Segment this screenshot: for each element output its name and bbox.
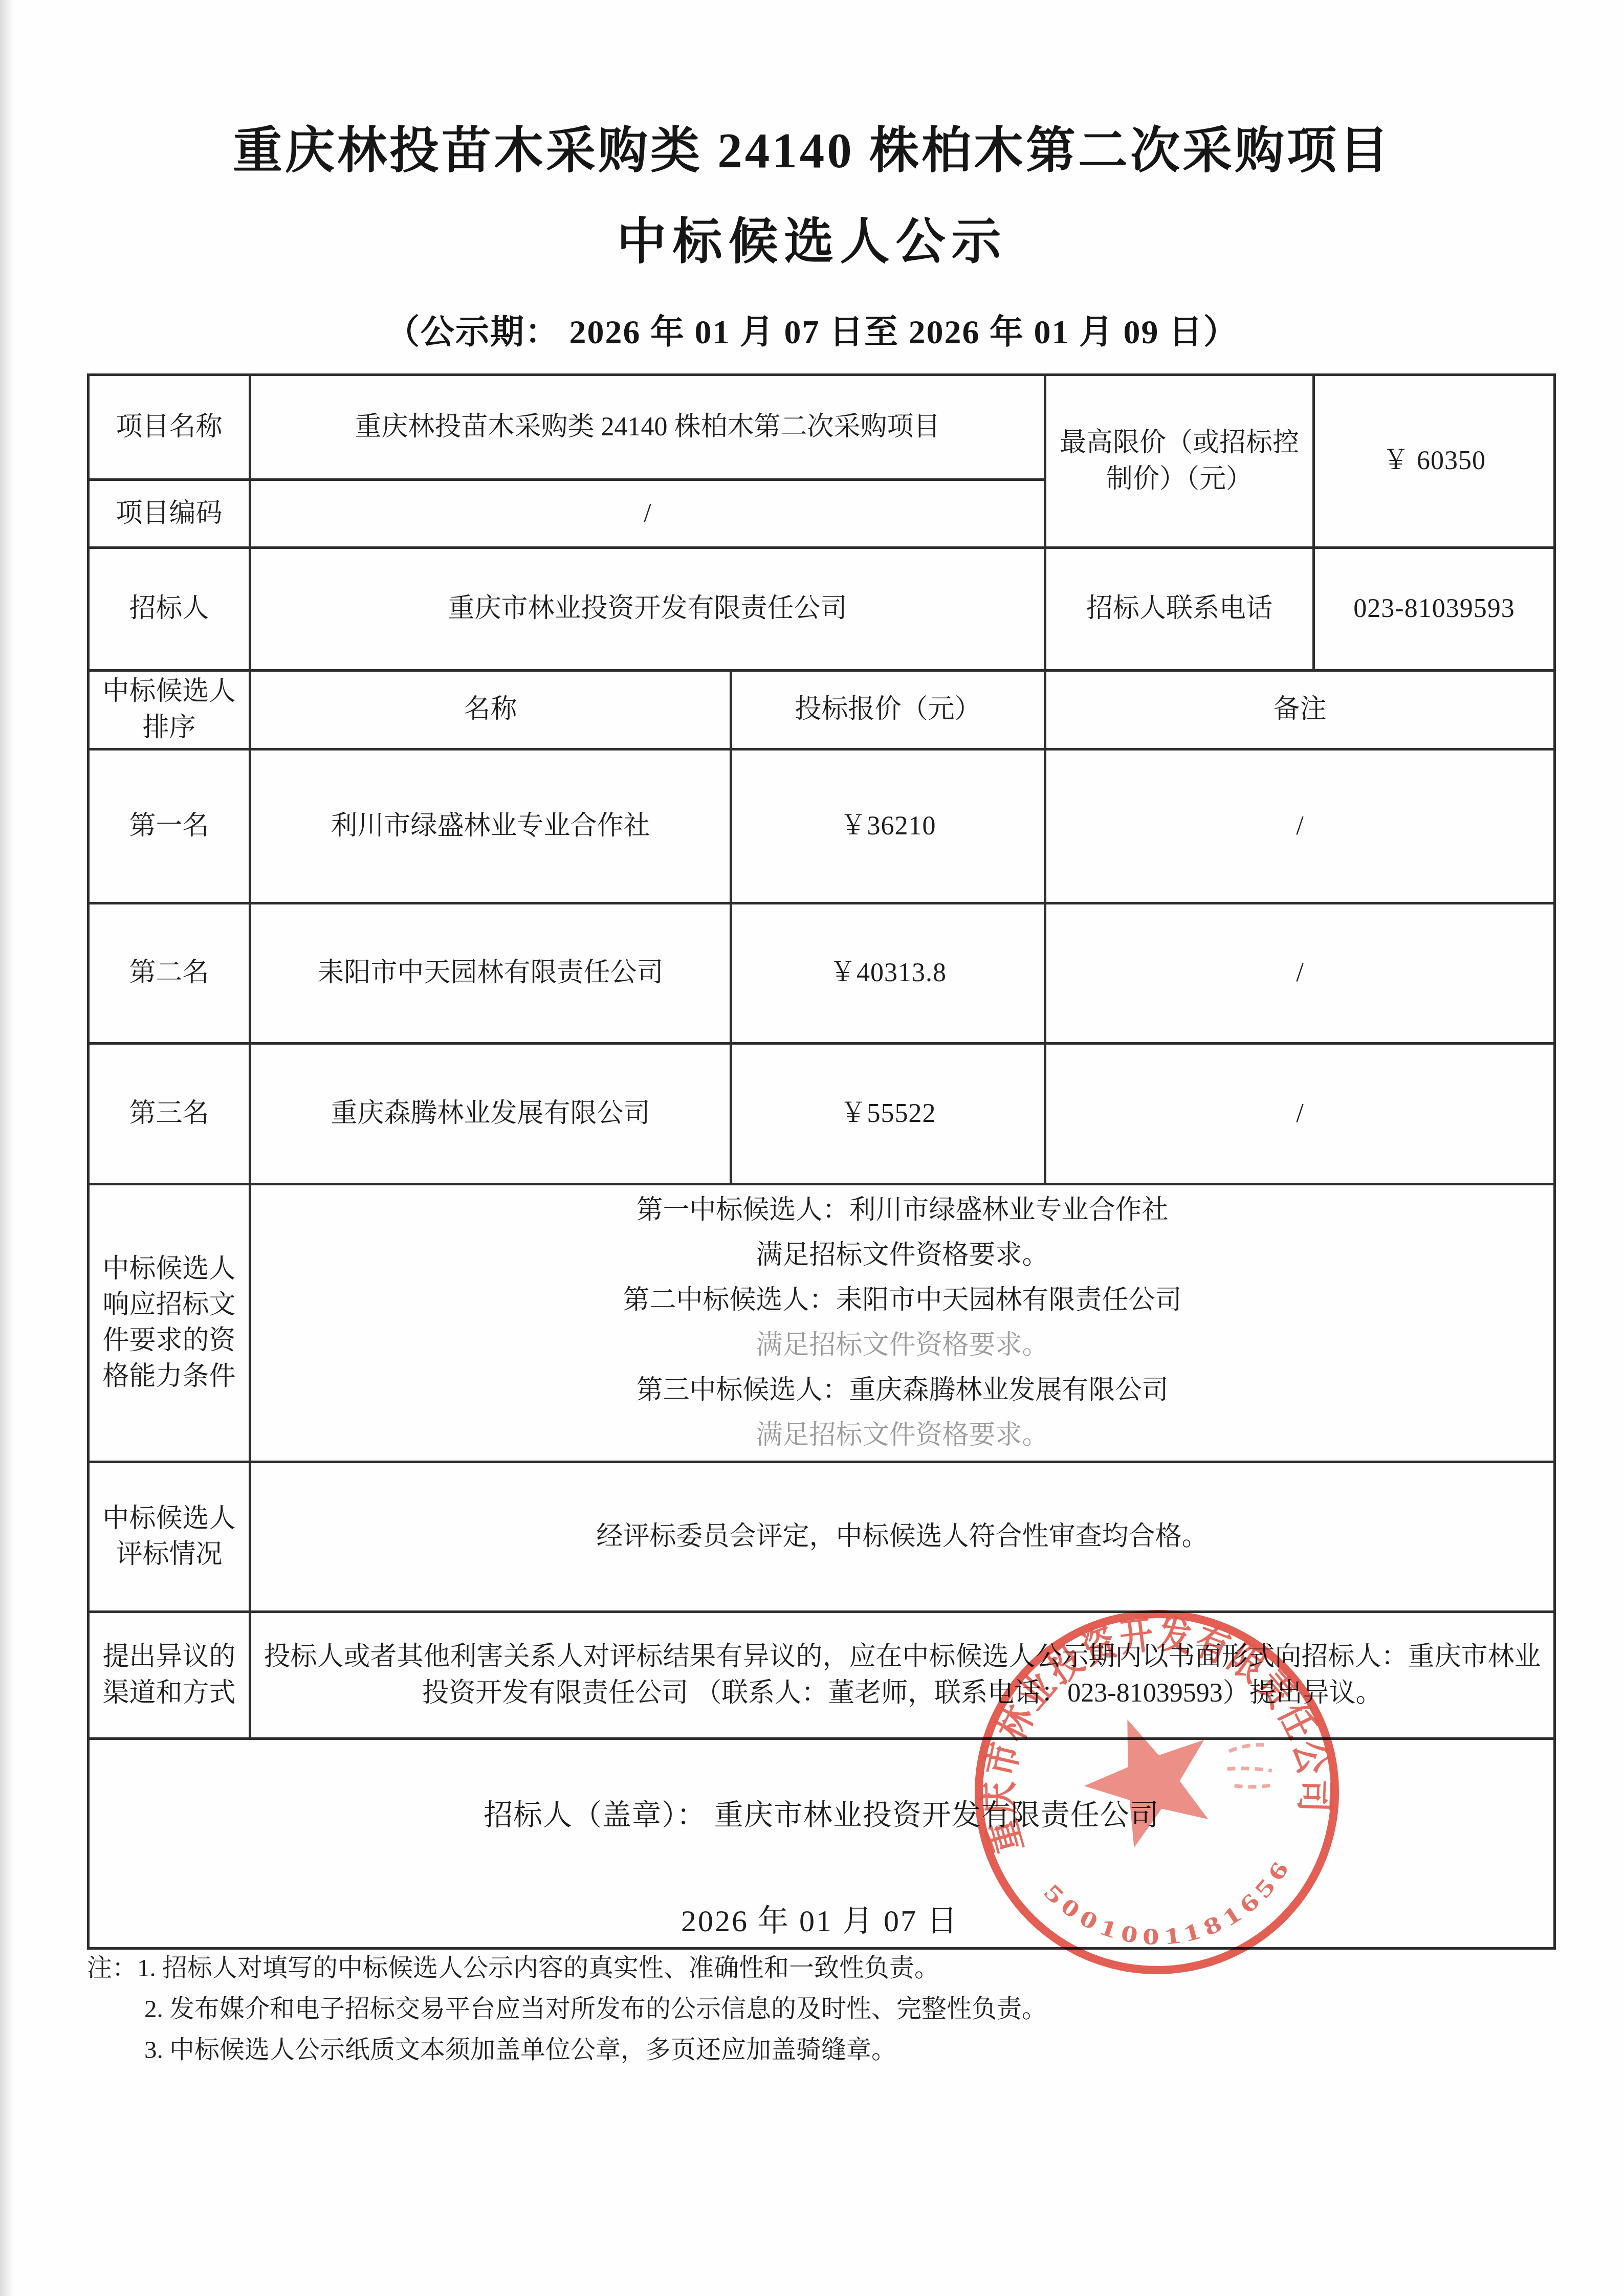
- price-column-header: 投标报价（元）: [731, 671, 1045, 749]
- evaluation-row: 中标候选人评标情况 经评标委员会评定，中标候选人符合性审查均合格。: [89, 1462, 1555, 1612]
- qualification-line: 第三中标候选人：重庆森腾林业发展有限公司: [261, 1368, 1543, 1413]
- tenderer-row: 招标人 重庆市林业投资开发有限责任公司 招标人联系电话 023-81039593: [89, 548, 1555, 671]
- qualification-line: 第二中标候选人：耒阳市中天园林有限责任公司: [261, 1278, 1543, 1323]
- bid-price-cell: ￥55522: [731, 1044, 1045, 1184]
- remark-cell: /: [1045, 903, 1555, 1044]
- rank-cell: 第三名: [89, 1044, 250, 1184]
- qualification-line: 满足招标文件资格要求。: [261, 1413, 1543, 1458]
- tenderer-label: 招标人: [89, 548, 250, 671]
- rank-column-header: 中标候选人排序: [89, 671, 250, 749]
- qualification-line: 第一中标候选人：利川市绿盛林业专业合作社: [261, 1188, 1543, 1233]
- announcement-table: 项目名称 重庆林投苗木采购类 24140 株柏木第二次采购项目 最高限价（或招标…: [87, 373, 1556, 1950]
- rank-cell: 第一名: [89, 749, 250, 903]
- table-row-first-candidate: 第一名 利川市绿盛林业专业合作社 ￥36210 /: [89, 749, 1555, 903]
- project-name-row: 项目名称 重庆林投苗木采购类 24140 株柏木第二次采购项目 最高限价（或招标…: [89, 375, 1555, 480]
- evaluation-content: 经评标委员会评定，中标候选人符合性审查均合格。: [250, 1462, 1555, 1612]
- ranking-header-row: 中标候选人排序 名称 投标报价（元） 备注: [89, 671, 1555, 749]
- footnote-2: 2. 发布媒介和电子招标交易平台应当对所发布的公示信息的及时性、完整性负责。: [87, 1993, 1499, 2024]
- qualification-content: 第一中标候选人：利川市绿盛林业专业合作社 满足招标文件资格要求。 第二中标候选人…: [250, 1184, 1555, 1462]
- max-price-label: 最高限价（或招标控制价）（元）: [1045, 375, 1314, 548]
- tenderer-phone-label: 招标人联系电话: [1045, 548, 1314, 671]
- candidate-name-cell: 重庆森腾林业发展有限公司: [250, 1044, 731, 1184]
- signature-row: 招标人（盖章）： 重庆市林业投资开发有限责任公司 2026 年 01 月 07 …: [89, 1739, 1555, 1949]
- max-price-value: ￥ 60350: [1314, 375, 1555, 548]
- project-name-value: 重庆林投苗木采购类 24140 株柏木第二次采购项目: [250, 375, 1045, 480]
- footnote-1: 注：1. 招标人对填写的中标候选人公示内容的真实性、准确性和一致性负责。: [87, 1952, 1499, 1983]
- publicity-period: （公示期： 2026 年 01 月 07 日至 2026 年 01 月 09 日…: [0, 314, 1624, 351]
- bid-price-cell: ￥36210: [731, 749, 1045, 903]
- objection-label: 提出异议的渠道和方式: [89, 1612, 250, 1739]
- signature-cell: 招标人（盖章）： 重庆市林业投资开发有限责任公司 2026 年 01 月 07 …: [89, 1739, 1555, 1949]
- table-row-third-candidate: 第三名 重庆森腾林业发展有限公司 ￥55522 /: [89, 1044, 1555, 1184]
- name-column-header: 名称: [250, 671, 731, 749]
- remark-cell: /: [1045, 1044, 1555, 1184]
- table-row-second-candidate: 第二名 耒阳市中天园林有限责任公司 ￥40313.8 /: [89, 903, 1555, 1044]
- project-code-label: 项目编码: [89, 480, 250, 548]
- document-title-line2: 中标候选人公示: [0, 215, 1624, 270]
- evaluation-label: 中标候选人评标情况: [89, 1462, 250, 1612]
- bid-price-cell: ￥40313.8: [731, 903, 1045, 1044]
- project-code-value: /: [250, 480, 1045, 548]
- project-name-label: 项目名称: [89, 375, 250, 480]
- announcement-date: 2026 年 01 月 07 日: [100, 1901, 1543, 1942]
- remark-column-header: 备注: [1045, 671, 1555, 749]
- rank-cell: 第二名: [89, 903, 250, 1044]
- qualification-label: 中标候选人响应招标文件要求的资格能力条件: [89, 1184, 250, 1462]
- footnote-3: 3. 中标候选人公示纸质文本须加盖单位公章，多页还应加盖骑缝章。: [87, 2034, 1499, 2065]
- objection-content: 投标人或者其他利害关系人对评标结果有异议的，应在中标候选人公示期内以书面形式向招…: [250, 1612, 1555, 1739]
- remark-cell: /: [1045, 749, 1555, 903]
- tenderer-seal-line: 招标人（盖章）： 重庆市林业投资开发有限责任公司: [100, 1796, 1543, 1836]
- candidate-name-cell: 利川市绿盛林业专业合作社: [250, 749, 731, 903]
- candidate-name-cell: 耒阳市中天园林有限责任公司: [250, 903, 731, 1044]
- tenderer-value: 重庆市林业投资开发有限责任公司: [250, 548, 1045, 671]
- footnotes: 注：1. 招标人对填写的中标候选人公示内容的真实性、准确性和一致性负责。 2. …: [87, 1952, 1499, 2075]
- document-title-line1: 重庆林投苗木采购类 24140 株柏木第二次采购项目: [0, 124, 1624, 179]
- scanned-document-page: 重庆林投苗木采购类 24140 株柏木第二次采购项目 中标候选人公示 （公示期：…: [0, 0, 1624, 2296]
- qualification-line: 满足招标文件资格要求。: [261, 1233, 1543, 1278]
- qualification-row: 中标候选人响应招标文件要求的资格能力条件 第一中标候选人：利川市绿盛林业专业合作…: [89, 1184, 1555, 1462]
- qualification-line: 满足招标文件资格要求。: [261, 1323, 1543, 1368]
- objection-row: 提出异议的渠道和方式 投标人或者其他利害关系人对评标结果有异议的，应在中标候选人…: [89, 1612, 1555, 1739]
- tenderer-phone-value: 023-81039593: [1314, 548, 1555, 671]
